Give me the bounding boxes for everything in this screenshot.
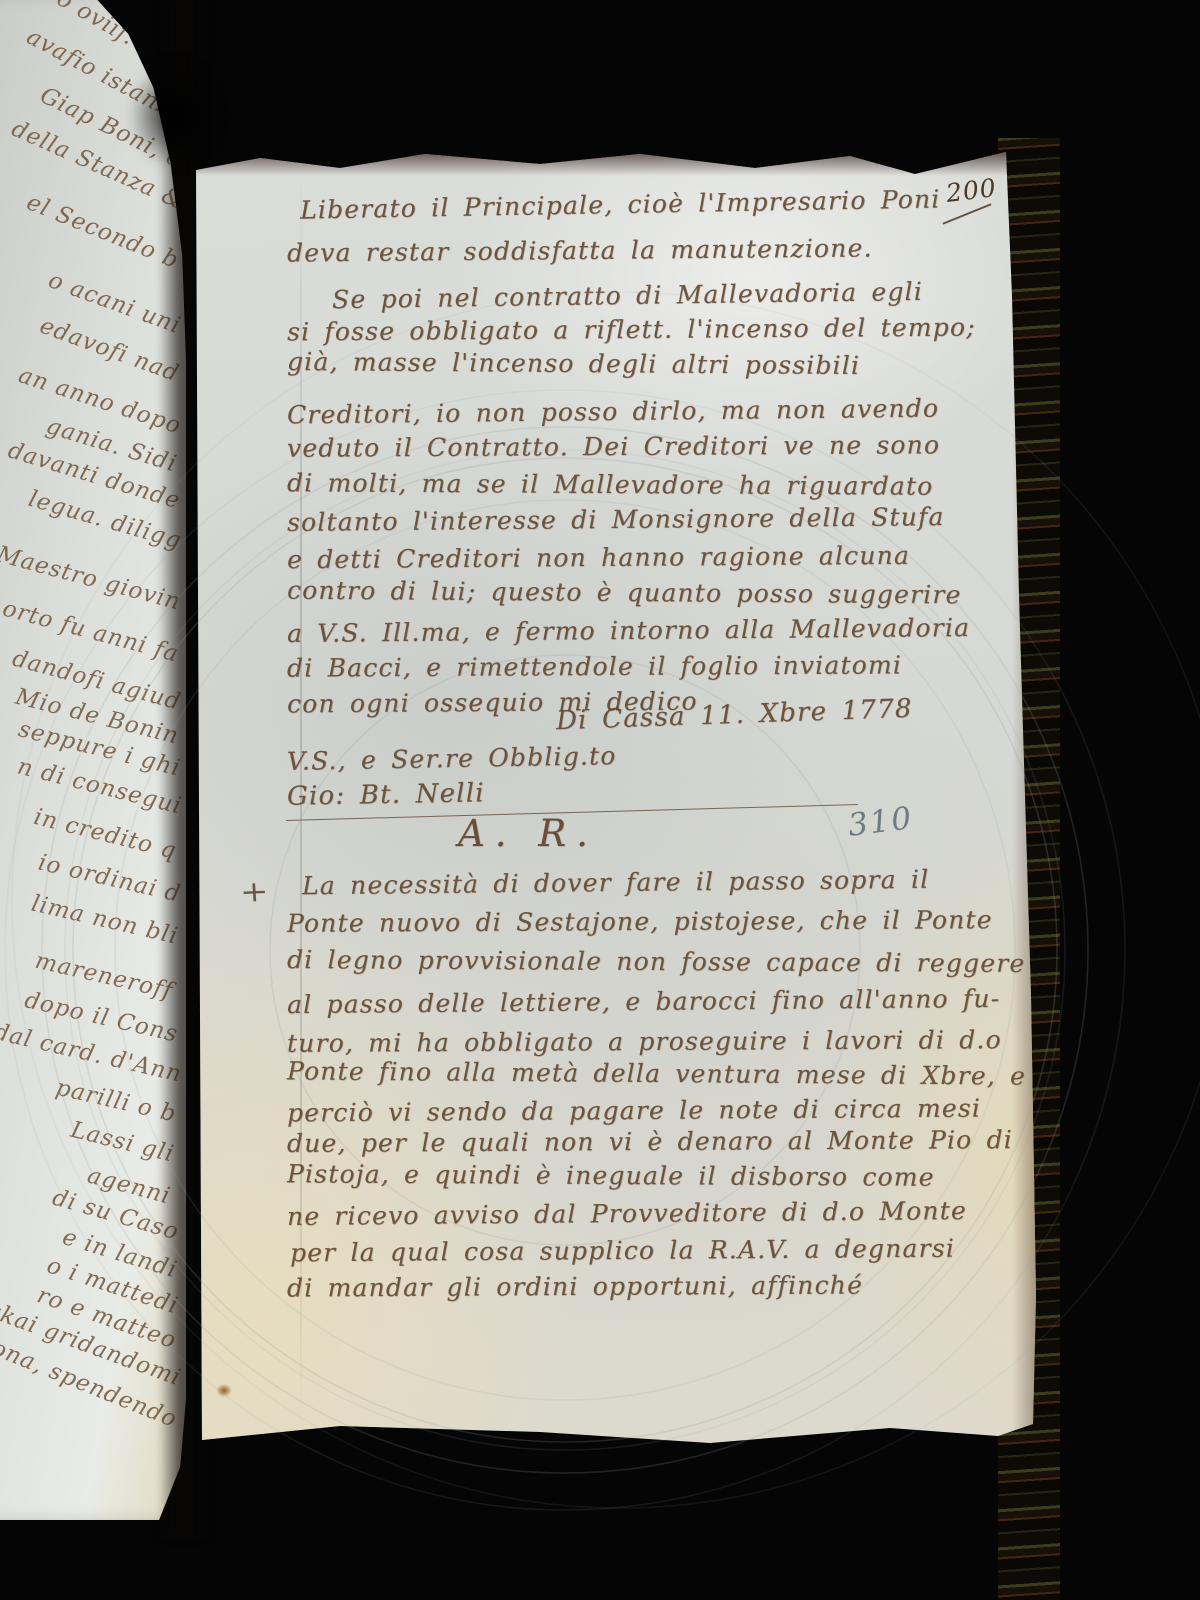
handwriting-layer: 200 Liberato il Principale, cioè l'Impre… (0, 0, 1200, 1600)
manuscript-line: di mandar gli ordini opportuni, affinché (287, 1270, 863, 1302)
manuscript-line: al passo delle lettiere, e barocci fino … (287, 984, 1001, 1019)
manuscript-line: Pistoja, e quindi è ineguale il disborso… (287, 1159, 935, 1191)
manuscript-line: perciò vi sendo da pagare le note di cir… (287, 1094, 981, 1128)
section2-lines: La necessità di dover fare il passo sopr… (0, 0, 1200, 1600)
manuscript-line: per la qual cosa supplico la R.A.V. a de… (290, 1234, 955, 1268)
manuscript-line: due, per le quali non vi è denaro al Mon… (287, 1125, 1013, 1158)
manuscript-line: di legno provvisionale non fosse capace … (287, 945, 1026, 978)
manuscript-line: turo, mi ha obbligato a proseguire i lav… (287, 1025, 1002, 1058)
manuscript-line: Ponte fino alla metà della ventura mese … (287, 1056, 1026, 1090)
manuscript-line: La necessità di dover fare il passo sopr… (302, 865, 930, 901)
manuscript-line: ne ricevo avviso dal Provveditore di d.o… (287, 1196, 967, 1231)
manuscript-line: Ponte nuovo di Sestajone, pistojese, che… (287, 905, 993, 938)
manuscript-photo: ɜ Oroffdo oviif. byliavafio istanzaGiap … (0, 0, 1200, 1600)
